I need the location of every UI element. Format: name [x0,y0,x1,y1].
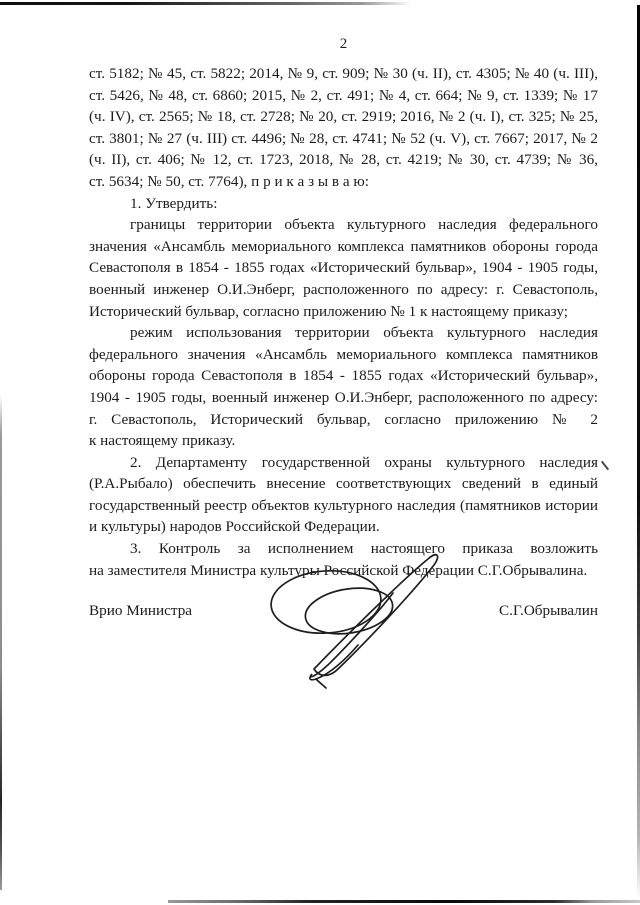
text-line: государственный реестр объектов культурн… [89,495,598,517]
paragraph: границы территории объекта культурного н… [89,214,598,322]
text-line: режим использования территории объекта к… [89,322,598,344]
paragraph: 2. Департаменту государственной охраны к… [89,452,598,538]
page-number: 2 [89,36,598,53]
document-body: ст. 5182; № 45, ст. 5822; 2014, № 9, ст.… [89,63,598,581]
text-line: Исторический бульвар, согласно приложени… [89,301,598,323]
text-line: 1904 - 1905 годы, военный инженер О.И.Эн… [89,387,598,409]
text-line: обороны города Севастополя в 1854 - 1855… [89,365,598,387]
text-line: границы территории объекта культурного н… [89,214,598,236]
text-line: 1. Утвердить: [89,193,598,215]
paragraph: ст. 5182; № 45, ст. 5822; 2014, № 9, ст.… [89,63,598,193]
text-line: федерального значения «Ансамбль мемориал… [89,344,598,366]
scan-artifact-tick-mark [601,461,609,471]
handwritten-signature-icon [250,547,475,697]
text-line: (ч. II), ст. 406; № 12, ст. 1723, 2018, … [89,149,598,171]
text-line: ст. 5182; № 45, ст. 5822; 2014, № 9, ст.… [89,63,598,85]
text-line: ст. 3801; № 27 (ч. III) ст. 4496; № 28, … [89,128,598,150]
text-line: ст. 5426, № 48, ст. 6860; 2015, № 2, ст.… [89,85,598,107]
scan-artifact-left-edge [0,395,2,890]
paragraph: режим использования территории объекта к… [89,322,598,452]
text-line: 2. Департаменту государственной охраны к… [89,452,598,474]
text-line: г. Севастополь, Исторический бульвар, со… [89,409,598,431]
text-line: ст. 5634; № 50, ст. 7764), п р и к а з ы… [89,171,598,193]
text-line: значения «Ансамбль мемориального комплек… [89,236,598,258]
text-line: к настоящему приказу. [89,430,598,452]
scan-artifact-top-edge [0,2,412,5]
text-line: (ч. IV), ст. 2565; № 18, ст. 2728; № 20,… [89,106,598,128]
text-line: и культуры) народов Российской Федерации… [89,516,598,538]
document-page: 2 ст. 5182; № 45, ст. 5822; 2014, № 9, с… [0,0,640,905]
paragraph: 1. Утвердить: [89,193,598,215]
signature-block: Врио Министра С.Г.Обрывалин [89,600,598,622]
text-line: Севастополя в 1854 - 1855 годах «Историч… [89,257,598,279]
signer-position: Врио Министра [89,600,192,622]
scan-artifact-bottom-edge [168,900,640,903]
signer-name: С.Г.Обрывалин [499,600,598,622]
text-line: военный инженер О.И.Энберг, расположенно… [89,279,598,301]
text-line: (Р.А.Рыбало) обеспечить внесение соответ… [89,473,598,495]
